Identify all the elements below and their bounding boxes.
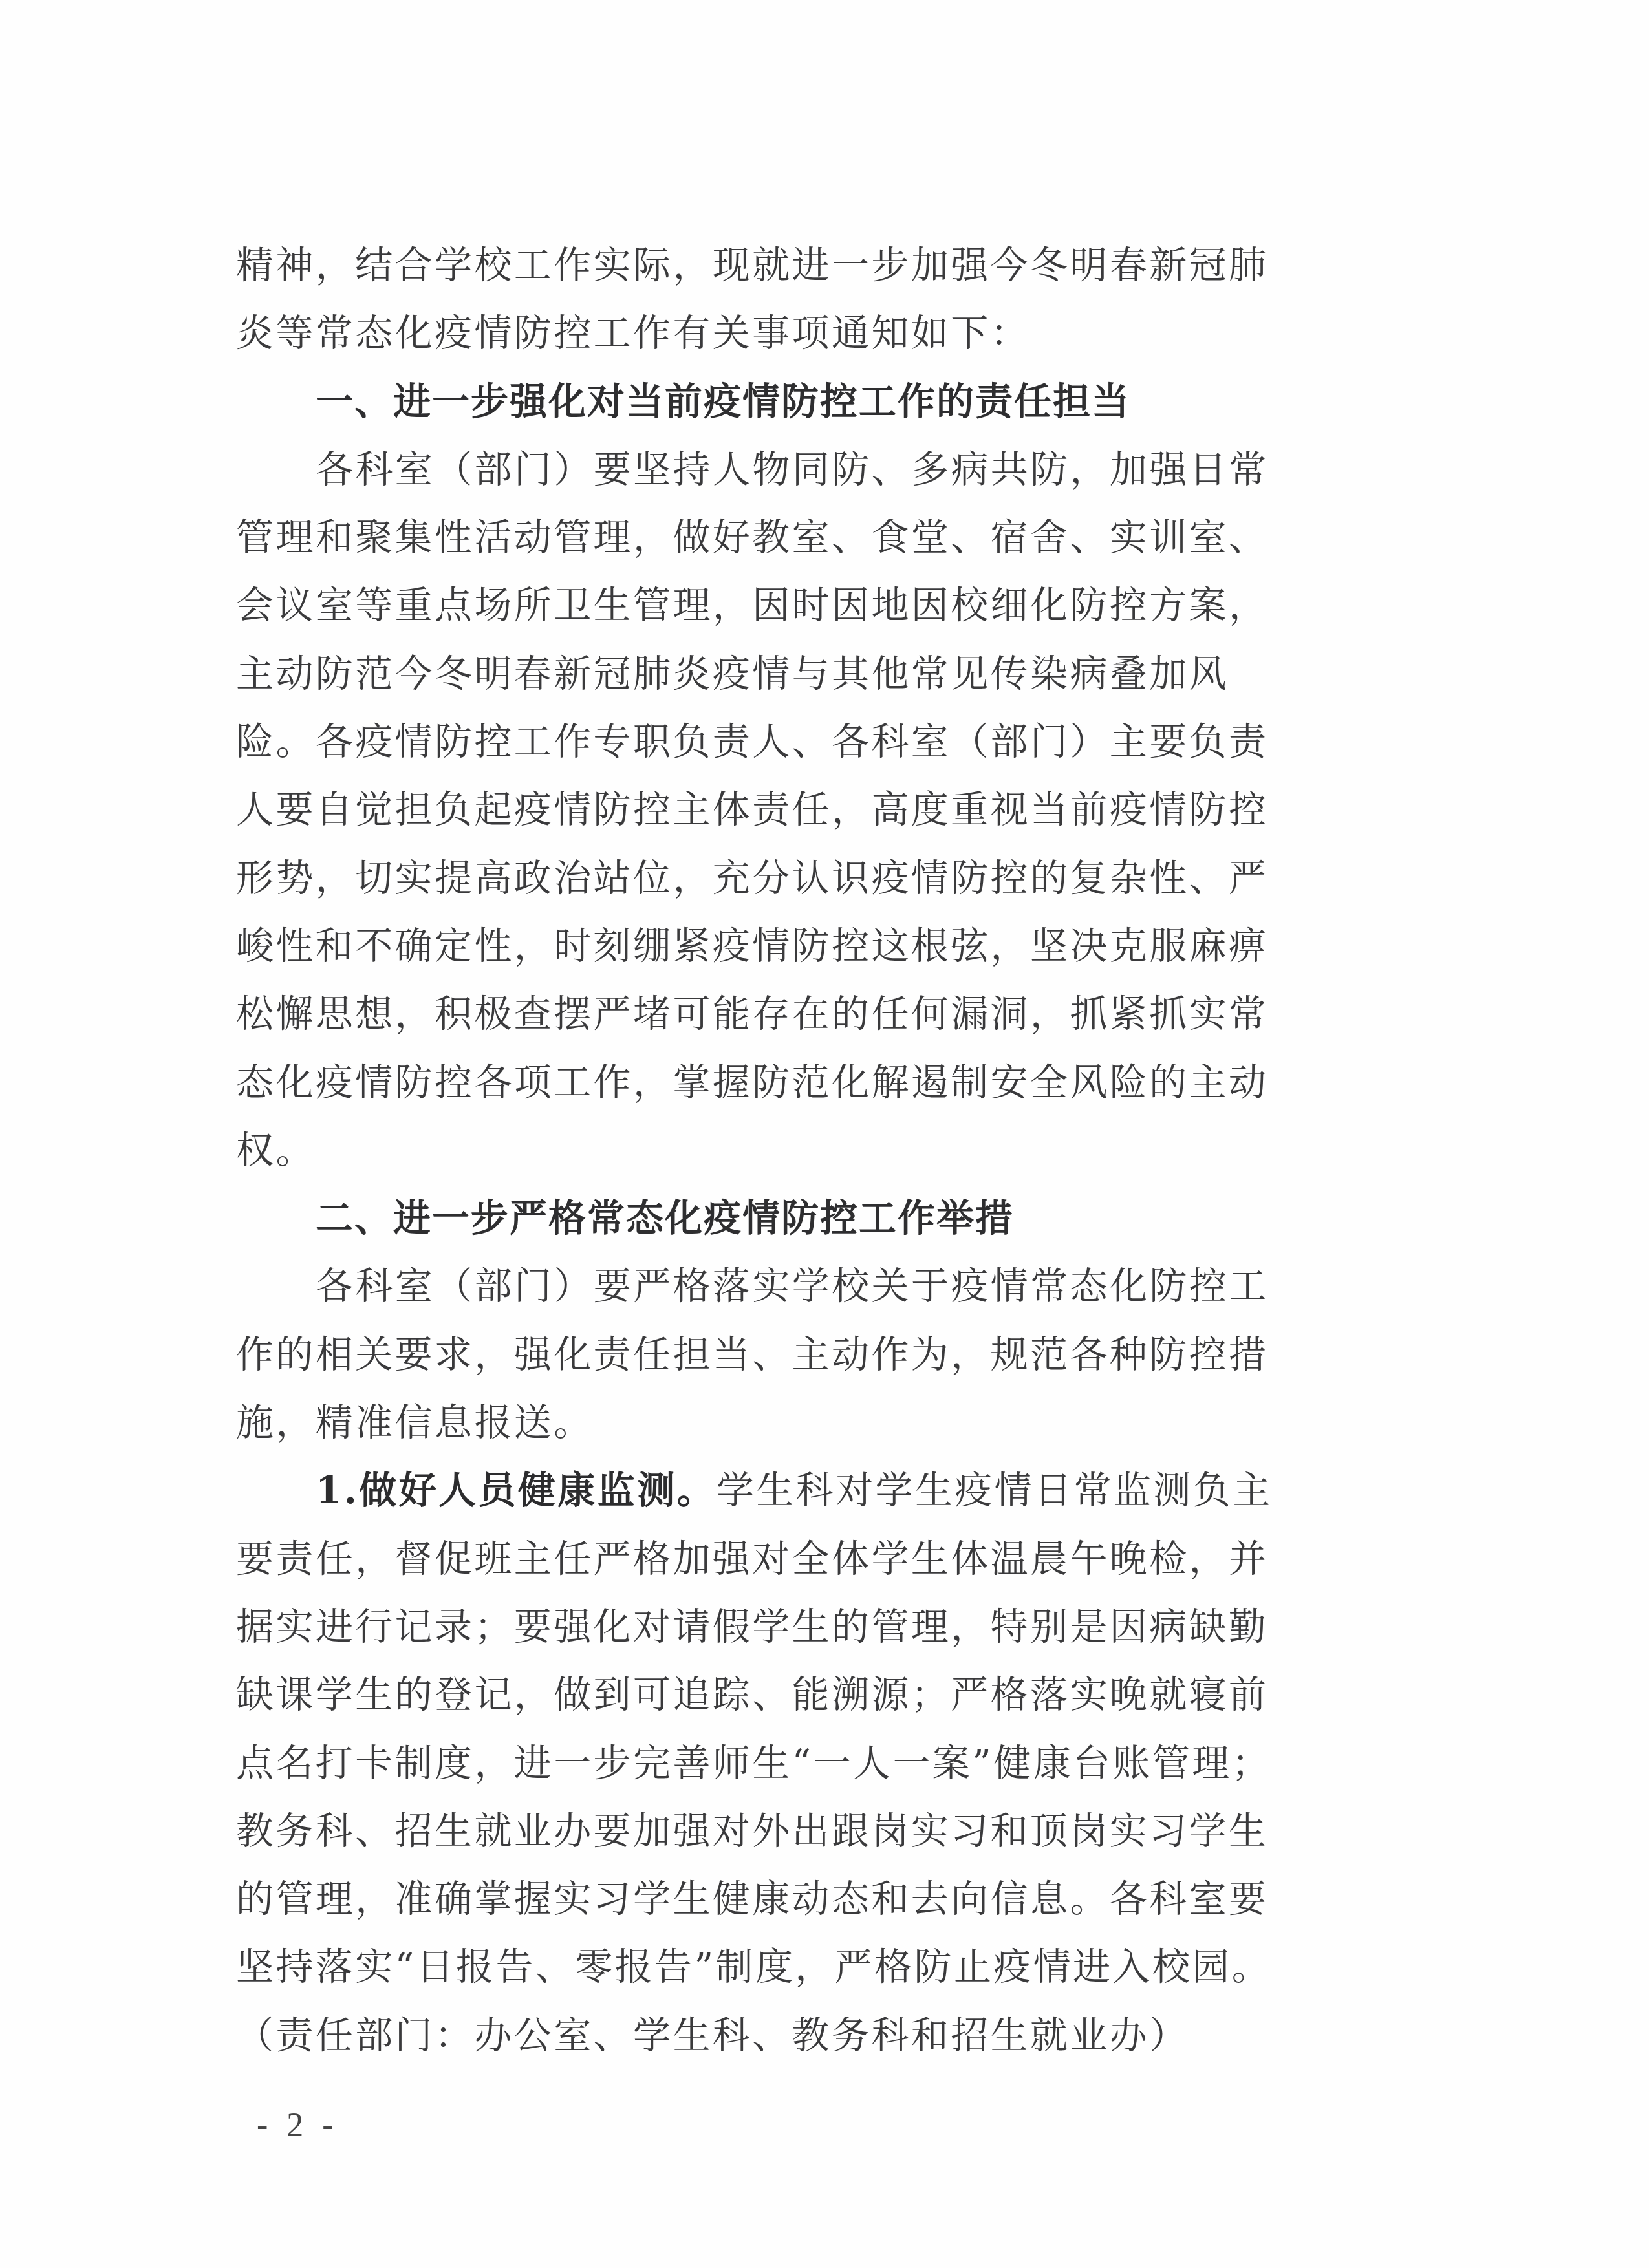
paragraph-line: 险。各疫情防控工作专职负责人、各科室（部门）主要负责 bbox=[236, 708, 1361, 776]
paragraph-line: 峻性和不确定性，时刻绷紧疫情防控这根弦，坚决克服麻痹 bbox=[236, 912, 1361, 980]
paragraph-line: 作的相关要求，强化责任担当、主动作为，规范各种防控措 bbox=[236, 1321, 1361, 1389]
paragraph-line: 主动防范今冬明春新冠肺炎疫情与其他常见传染病叠加风 bbox=[236, 640, 1361, 708]
paragraph-line: 形势，切实提高政治站位，充分认识疫情防控的复杂性、严 bbox=[236, 844, 1361, 912]
paragraph-line: 各科室（部门）要坚持人物同防、多病共防，加强日常 bbox=[236, 436, 1361, 504]
paragraph-line: 态化疫情防控各项工作，掌握防范化解遏制安全风险的主动 bbox=[236, 1049, 1361, 1117]
paragraph-line: 要责任，督促班主任严格加强对全体学生体温晨午晚检，并 bbox=[236, 1525, 1361, 1593]
section-heading-1: 一、进一步强化对当前疫情防控工作的责任担当 bbox=[236, 368, 1361, 436]
item-1-first-line-rest: 学生科对学生疫情日常监测负主 bbox=[717, 1468, 1273, 1512]
responsible-departments: （责任部门：办公室、学生科、教务科和招生就业办） bbox=[236, 2002, 1361, 2070]
paragraph-line: 松懈思想，积极查摆严堵可能存在的任何漏洞，抓紧抓实常 bbox=[236, 980, 1361, 1048]
paragraph-line: 点名打卡制度，进一步完善师生“一人一案”健康台账管理； bbox=[236, 1729, 1361, 1797]
paragraph-line: 会议室等重点场所卫生管理，因时因地因校细化防控方案， bbox=[236, 572, 1361, 639]
paragraph-line: 施，精准信息报送。 bbox=[236, 1389, 1361, 1457]
paragraph-line: 教务科、招生就业办要加强对外出跟岗实习和顶岗实习学生 bbox=[236, 1797, 1361, 1865]
item-1-lead: 1.做好人员健康监测。 bbox=[316, 1468, 717, 1512]
paragraph-line: 据实进行记录；要强化对请假学生的管理，特别是因病缺勤 bbox=[236, 1593, 1361, 1661]
item-1-first-line: 1.做好人员健康监测。学生科对学生疫情日常监测负主 bbox=[236, 1457, 1361, 1524]
paragraph-line: 的管理，准确掌握实习学生健康动态和去向信息。各科室要 bbox=[236, 1865, 1361, 1933]
paragraph-line: 权。 bbox=[236, 1117, 1361, 1184]
paragraph-line: 坚持落实“日报告、零报告”制度，严格防止疫情进入校园。 bbox=[236, 1933, 1361, 2001]
section-heading-2: 二、进一步严格常态化疫情防控工作举措 bbox=[236, 1184, 1361, 1252]
document-page: 精神，结合学校工作实际，现就进一步加强今冬明春新冠肺 炎等常态化疫情防控工作有关… bbox=[0, 0, 1649, 2268]
page-number: - 2 - bbox=[257, 2106, 339, 2145]
document-body: 精神，结合学校工作实际，现就进一步加强今冬明春新冠肺 炎等常态化疫情防控工作有关… bbox=[236, 231, 1361, 2070]
paragraph-line: 人要自觉担负起疫情防控主体责任，高度重视当前疫情防控 bbox=[236, 776, 1361, 844]
paragraph-line: 炎等常态化疫情防控工作有关事项通知如下： bbox=[236, 299, 1361, 367]
paragraph-line: 各科室（部门）要严格落实学校关于疫情常态化防控工 bbox=[236, 1252, 1361, 1320]
paragraph-line: 缺课学生的登记，做到可追踪、能溯源；严格落实晚就寝前 bbox=[236, 1661, 1361, 1729]
paragraph-line: 管理和聚集性活动管理，做好教室、食堂、宿舍、实训室、 bbox=[236, 504, 1361, 572]
paragraph-line: 精神，结合学校工作实际，现就进一步加强今冬明春新冠肺 bbox=[236, 231, 1361, 299]
